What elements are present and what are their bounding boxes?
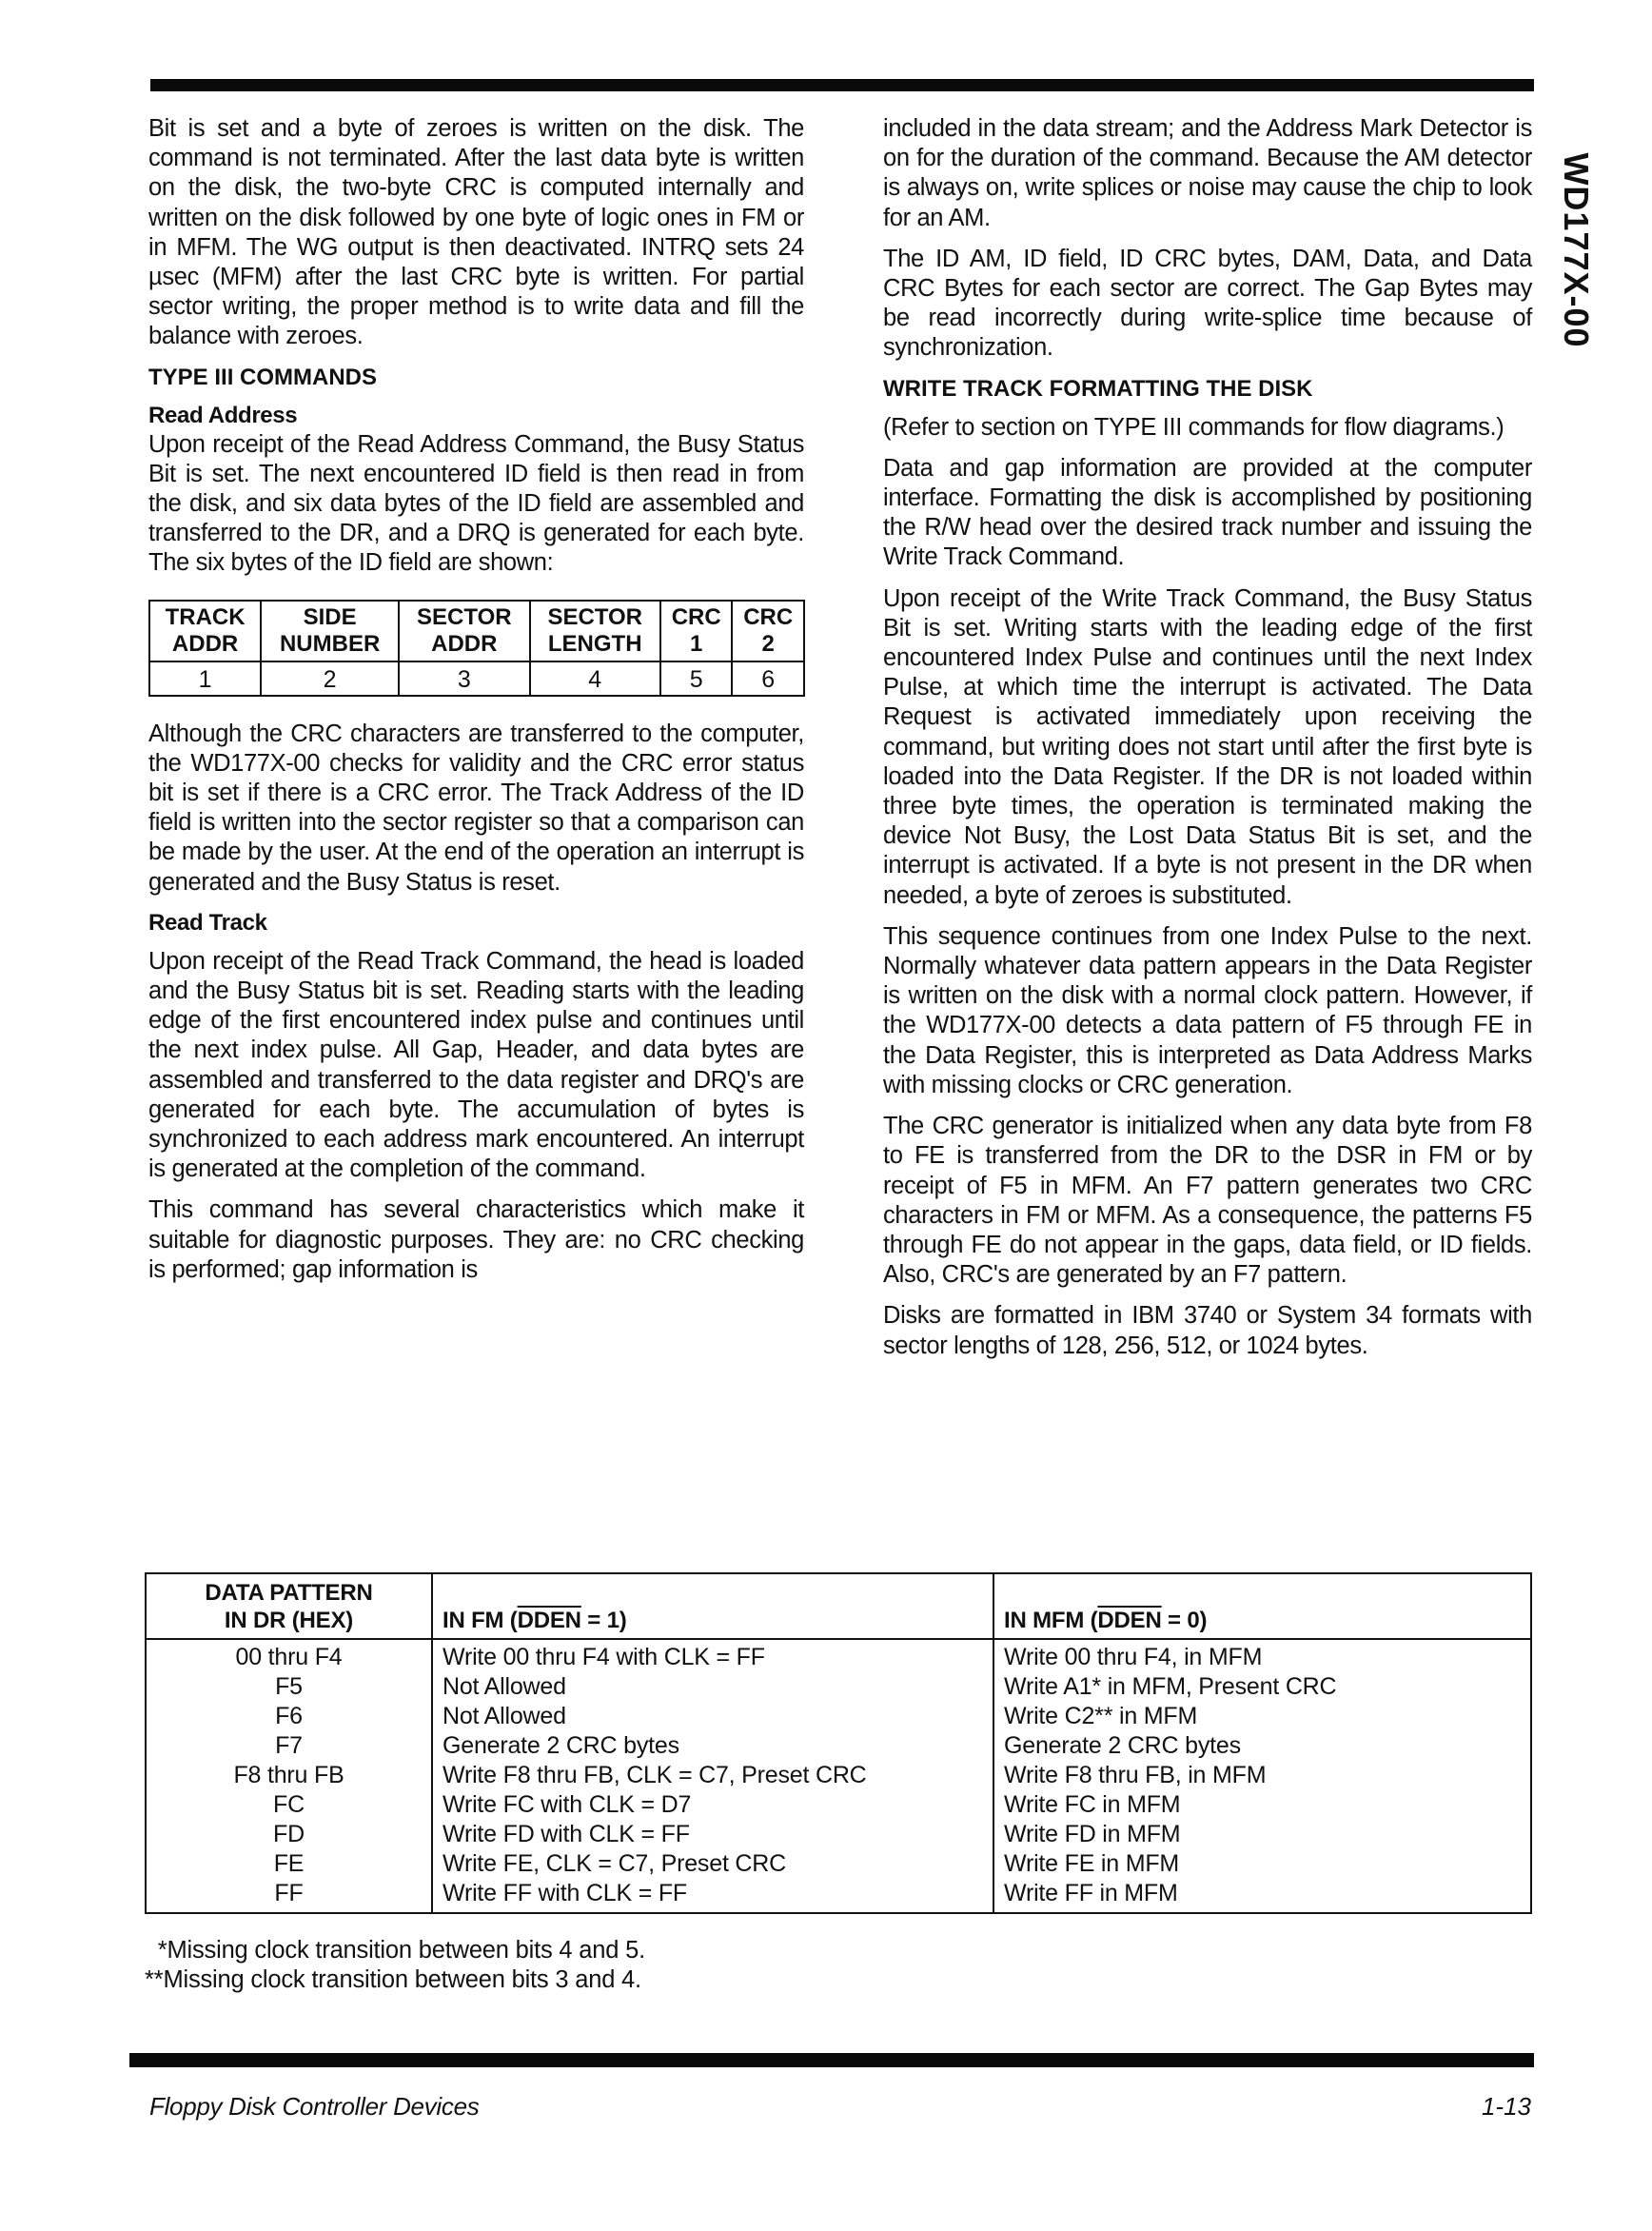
- fm-cell: Write FD with CLK = FF: [432, 1820, 993, 1849]
- mfm-cell: Write FF in MFM: [993, 1879, 1531, 1913]
- write-track-paragraph-3: Upon receipt of the Write Track Command,…: [883, 584, 1532, 911]
- fm-cell: Write FE, CLK = C7, Preset CRC: [432, 1849, 993, 1879]
- mfm-cell: Write FC in MFM: [993, 1790, 1531, 1820]
- table-row: FE Write FE, CLK = C7, Preset CRC Write …: [146, 1849, 1531, 1879]
- mfm-cell: Write FD in MFM: [993, 1820, 1531, 1849]
- read-track-paragraph-1: Upon receipt of the Read Track Command, …: [148, 947, 804, 1185]
- table-row: FF Write FF with CLK = FF Write FF in MF…: [146, 1879, 1531, 1913]
- mfm-cell: Write F8 thru FB, in MFM: [993, 1761, 1531, 1790]
- id-field-value: 6: [732, 661, 804, 696]
- table-footnotes: *Missing clock transition between bits 4…: [145, 1936, 645, 1995]
- write-track-paragraph-6: Disks are formatted in IBM 3740 or Syste…: [883, 1301, 1532, 1360]
- id-field-header-track-addr: TRACKADDR: [149, 601, 261, 661]
- data-pattern-table: DATA PATTERNIN DR (HEX) IN FM (DDEN = 1)…: [145, 1572, 1532, 1914]
- dden-signal: DDEN: [518, 1608, 581, 1633]
- write-track-paragraph-4: This sequence continues from one Index P…: [883, 922, 1532, 1100]
- mfm-cell: Generate 2 CRC bytes: [993, 1731, 1531, 1761]
- read-track-paragraph-2: This command has several characteristics…: [148, 1195, 804, 1285]
- left-column: Bit is set and a byte of zeroes is writt…: [148, 114, 804, 1296]
- fm-cell: Generate 2 CRC bytes: [432, 1731, 993, 1761]
- header-data-pattern: DATA PATTERNIN DR (HEX): [146, 1573, 432, 1639]
- section-heading-write-track: WRITE TRACK FORMATTING THE DISK: [883, 375, 1532, 404]
- right-column: included in the data stream; and the Add…: [883, 114, 1532, 1372]
- id-field-table: TRACKADDR SIDENUMBER SECTORADDR SECTORLE…: [148, 600, 805, 697]
- footnote-single-asterisk: *Missing clock transition between bits 4…: [145, 1936, 645, 1965]
- id-field-header-side-number: SIDENUMBER: [261, 601, 399, 661]
- right-paragraph-2: The ID AM, ID field, ID CRC bytes, DAM, …: [883, 245, 1532, 364]
- id-field-header-crc-2: CRC2: [732, 601, 804, 661]
- fm-cell: Write 00 thru F4 with CLK = FF: [432, 1639, 993, 1672]
- mfm-cell: Write 00 thru F4, in MFM: [993, 1639, 1531, 1672]
- intro-paragraph: Bit is set and a byte of zeroes is writt…: [148, 114, 804, 352]
- read-address-paragraph: Upon receipt of the Read Address Command…: [148, 430, 804, 579]
- top-rule: [150, 79, 1534, 91]
- pattern-cell: 00 thru F4: [146, 1639, 432, 1672]
- table-row: F5 Not Allowed Write A1* in MFM, Present…: [146, 1672, 1531, 1702]
- header-in-mfm: IN MFM (DDEN = 0): [993, 1573, 1531, 1639]
- side-label: WD177X-00: [1557, 167, 1595, 333]
- pattern-cell: F5: [146, 1672, 432, 1702]
- table-row: 00 thru F4 Write 00 thru F4 with CLK = F…: [146, 1639, 1531, 1672]
- bottom-rule: [129, 2053, 1534, 2067]
- right-paragraph-1: included in the data stream; and the Add…: [883, 114, 1532, 233]
- write-track-paragraph-1: (Refer to section on TYPE III commands f…: [883, 413, 1532, 443]
- fm-cell: Write FF with CLK = FF: [432, 1879, 993, 1913]
- id-field-value: 2: [261, 661, 399, 696]
- footer-title: Floppy Disk Controller Devices: [149, 2092, 479, 2122]
- pattern-cell: FC: [146, 1790, 432, 1820]
- footnote-double-asterisk: **Missing clock transition between bits …: [145, 1965, 645, 1995]
- id-field-header-crc-1: CRC1: [660, 601, 733, 661]
- fm-cell: Not Allowed: [432, 1672, 993, 1702]
- table-row: FC Write FC with CLK = D7 Write FC in MF…: [146, 1790, 1531, 1820]
- dden-signal: DDEN: [1097, 1608, 1161, 1633]
- id-field-header-row: TRACKADDR SIDENUMBER SECTORADDR SECTORLE…: [149, 601, 804, 661]
- pattern-cell: F8 thru FB: [146, 1761, 432, 1790]
- read-address-paragraph-after: Although the CRC characters are transfer…: [148, 720, 804, 898]
- table-row: F8 thru FB Write F8 thru FB, CLK = C7, P…: [146, 1761, 1531, 1790]
- write-track-paragraph-5: The CRC generator is initialized when an…: [883, 1112, 1532, 1290]
- table-row: F6 Not Allowed Write C2** in MFM: [146, 1702, 1531, 1731]
- mfm-cell: Write C2** in MFM: [993, 1702, 1531, 1731]
- id-field-value: 5: [660, 661, 733, 696]
- id-field-header-sector-length: SECTORLENGTH: [530, 601, 660, 661]
- fm-cell: Write FC with CLK = D7: [432, 1790, 993, 1820]
- pattern-cell: FD: [146, 1820, 432, 1849]
- page-number: 1-13: [1482, 2092, 1531, 2122]
- subheading-read-address: Read Address: [148, 402, 804, 430]
- fm-cell: Not Allowed: [432, 1702, 993, 1731]
- id-field-value: 3: [399, 661, 529, 696]
- id-field-value: 4: [530, 661, 660, 696]
- header-in-fm: IN FM (DDEN = 1): [432, 1573, 993, 1639]
- pattern-cell: FF: [146, 1879, 432, 1913]
- table-row: FD Write FD with CLK = FF Write FD in MF…: [146, 1820, 1531, 1849]
- table-row: F7 Generate 2 CRC bytes Generate 2 CRC b…: [146, 1731, 1531, 1761]
- fm-cell: Write F8 thru FB, CLK = C7, Preset CRC: [432, 1761, 993, 1790]
- id-field-value-row: 1 2 3 4 5 6: [149, 661, 804, 696]
- mfm-cell: Write FE in MFM: [993, 1849, 1531, 1879]
- write-track-paragraph-2: Data and gap information are provided at…: [883, 454, 1532, 573]
- id-field-value: 1: [149, 661, 261, 696]
- id-field-header-sector-addr: SECTORADDR: [399, 601, 529, 661]
- section-heading-type-iii: TYPE III COMMANDS: [148, 364, 804, 392]
- pattern-cell: F7: [146, 1731, 432, 1761]
- pattern-cell: FE: [146, 1849, 432, 1879]
- mfm-cell: Write A1* in MFM, Present CRC: [993, 1672, 1531, 1702]
- pattern-cell: F6: [146, 1702, 432, 1731]
- subheading-read-track: Read Track: [148, 909, 804, 938]
- data-pattern-header-row: DATA PATTERNIN DR (HEX) IN FM (DDEN = 1)…: [146, 1573, 1531, 1639]
- side-label-text: WD177X-00: [1556, 152, 1596, 347]
